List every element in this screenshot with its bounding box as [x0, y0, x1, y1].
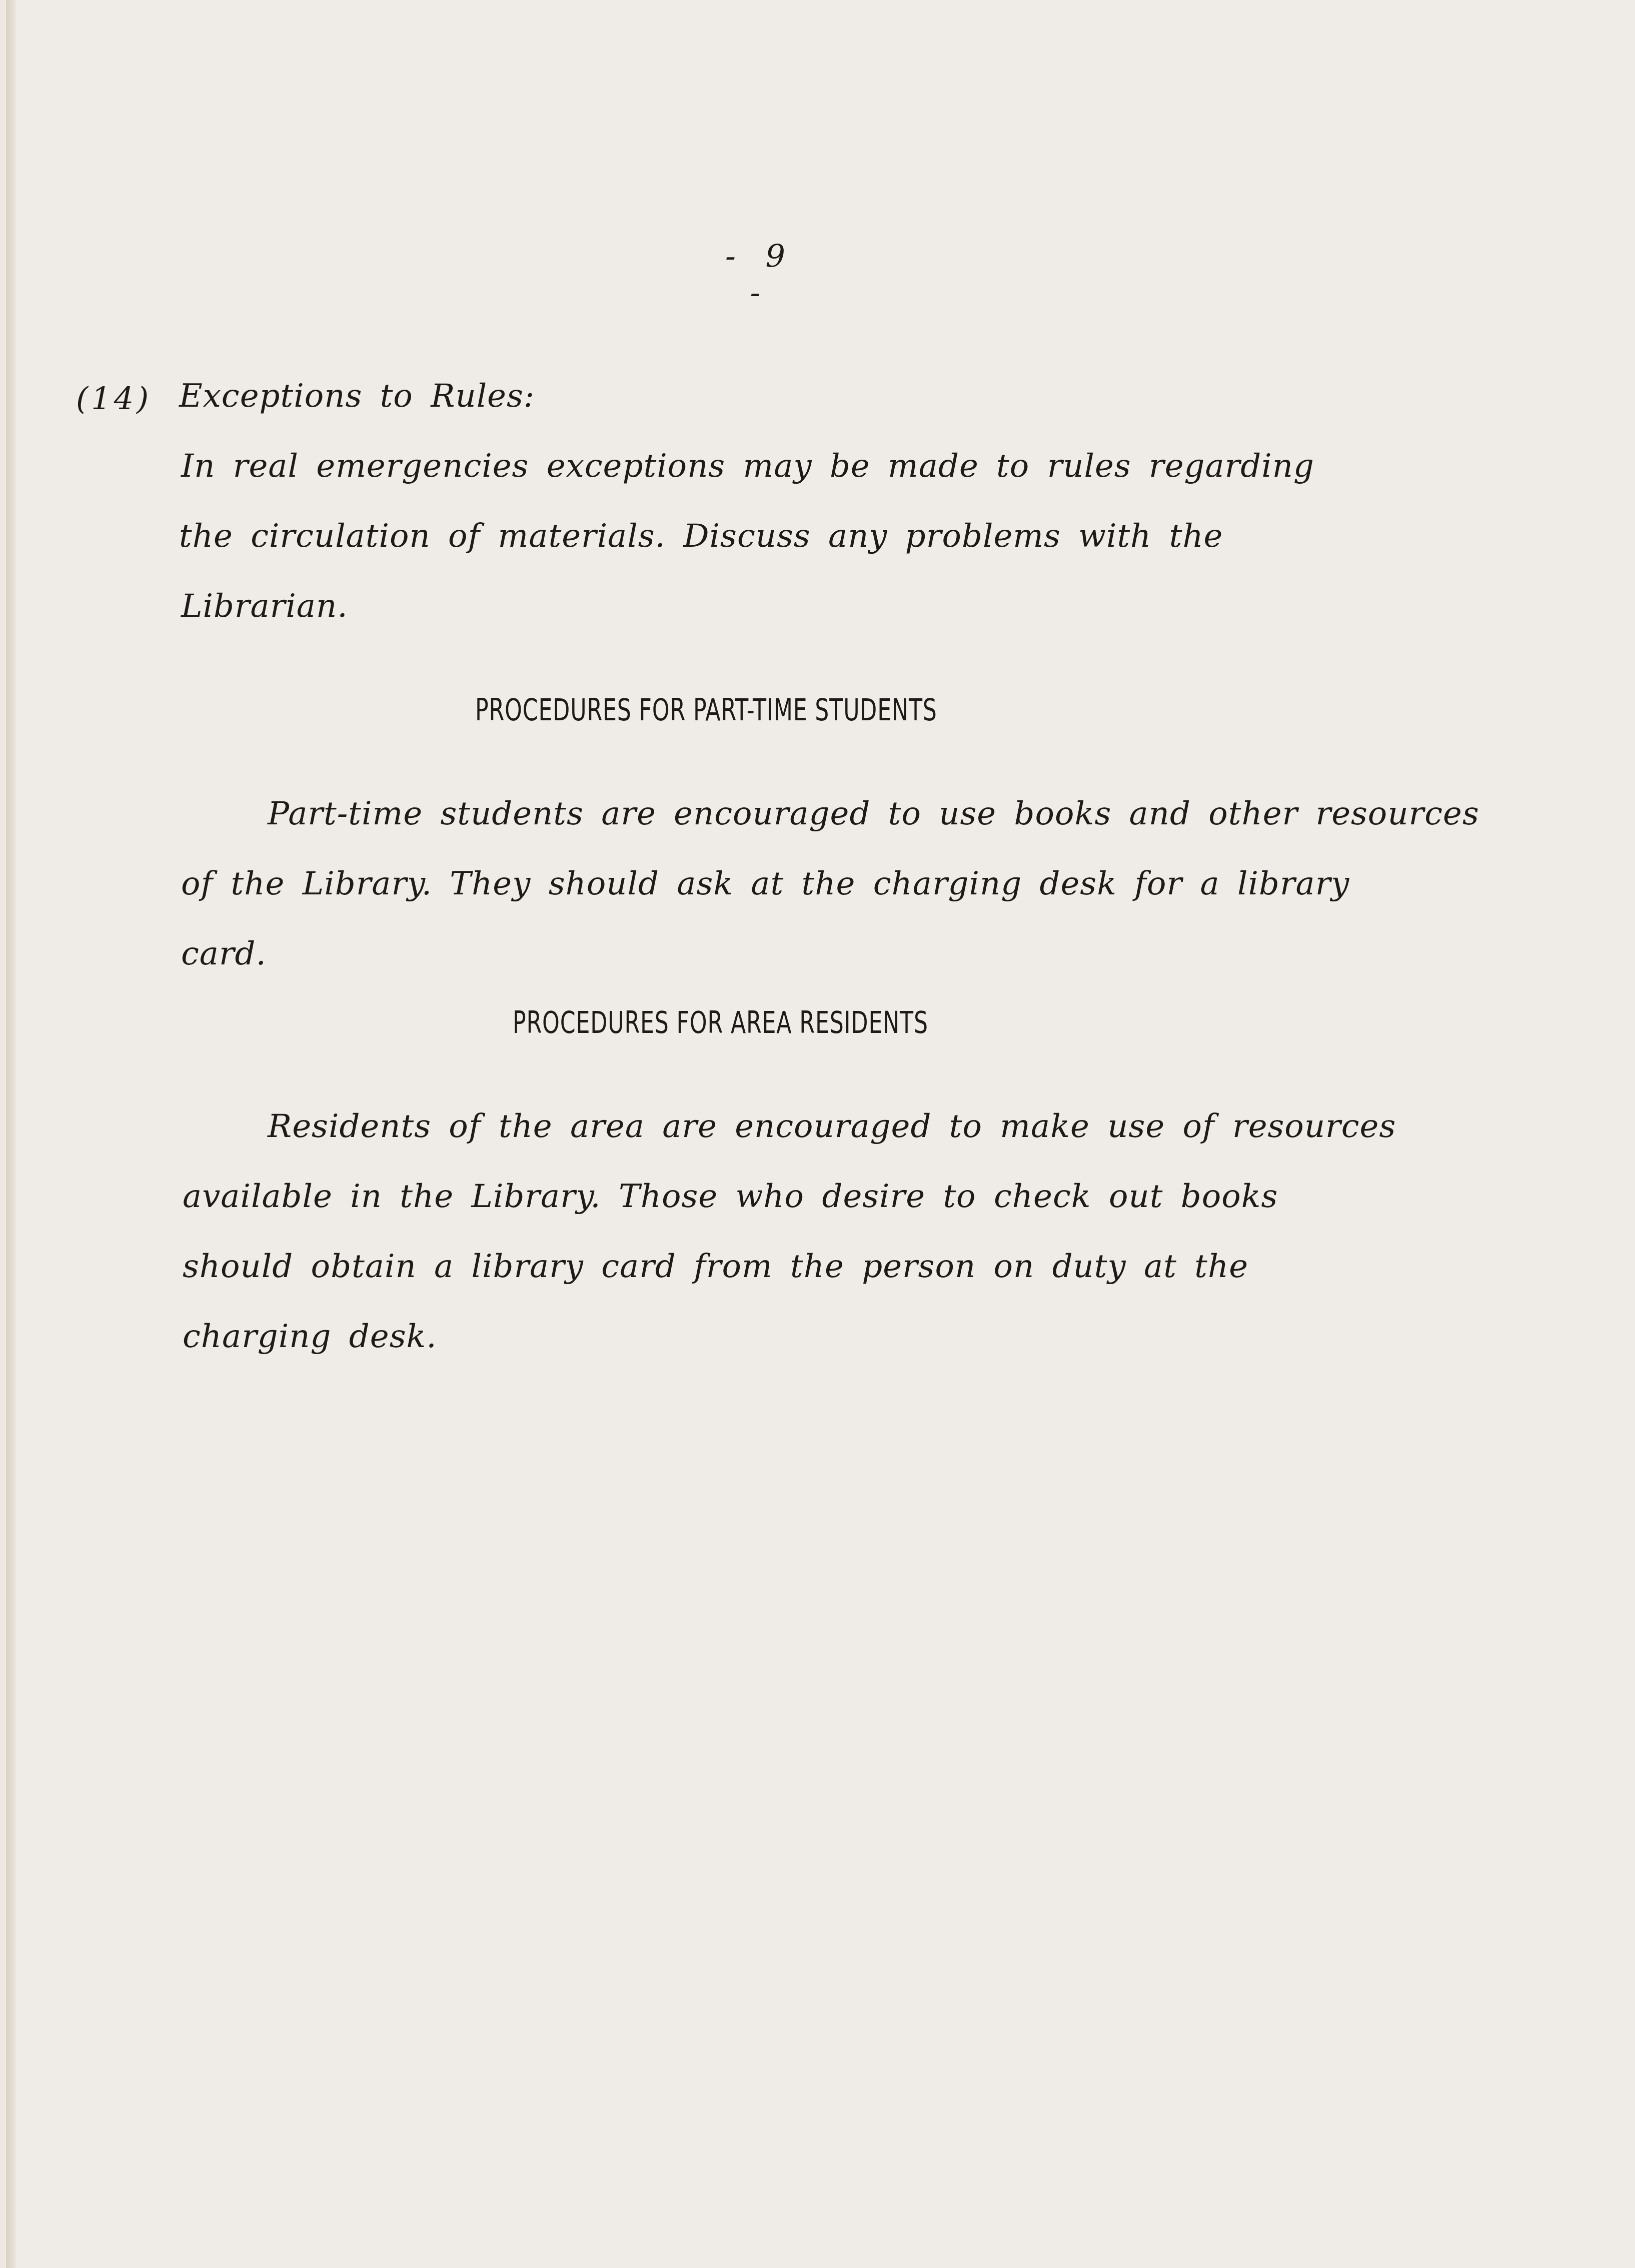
paragraph-line: In real emergencies exceptions may be ma… — [181, 448, 1314, 485]
paragraph-line: of the Library. They should ask at the c… — [181, 865, 1349, 902]
page-number: - 9 - — [710, 238, 810, 311]
section-title: Exceptions to Rules: — [179, 378, 535, 415]
paragraph-line: Residents of the area are encouraged to … — [268, 1108, 1396, 1145]
paragraph-line: should obtain a library card from the pe… — [183, 1248, 1248, 1285]
section-number: (14) — [76, 380, 152, 417]
section-heading-area-residents: PROCEDURES FOR AREA RESIDENTS — [513, 1005, 928, 1040]
paragraph-line: card. — [181, 935, 267, 972]
binding-shadow — [6, 0, 16, 2268]
page-edge — [0, 0, 5, 2268]
section-heading-part-time: PROCEDURES FOR PART-TIME STUDENTS — [475, 693, 937, 728]
paragraph-line: Librarian. — [181, 588, 348, 625]
paragraph-line: charging desk. — [183, 1318, 437, 1355]
paragraph-line: Part-time students are encouraged to use… — [268, 795, 1479, 832]
paragraph-line: available in the Library. Those who desi… — [183, 1178, 1278, 1215]
paragraph-line: the circulation of materials. Discuss an… — [179, 518, 1223, 555]
